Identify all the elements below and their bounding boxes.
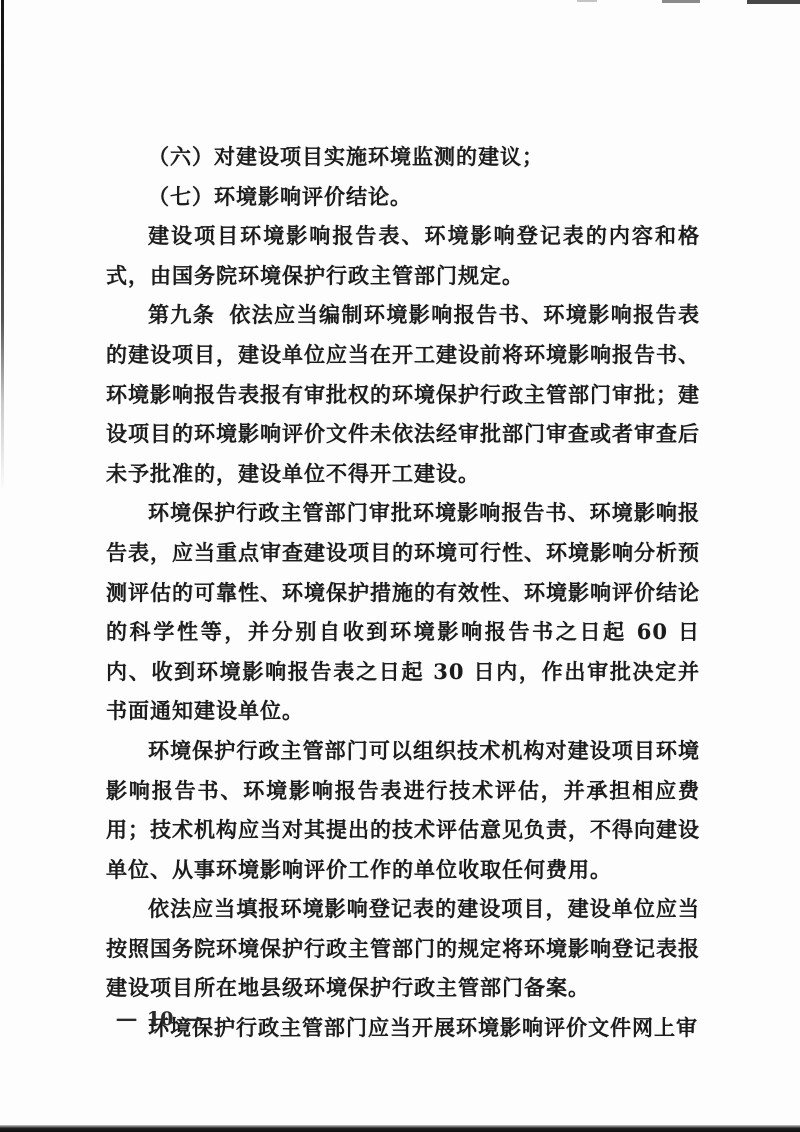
page-number-dash-left: — <box>116 1008 138 1030</box>
paragraph-report-form-format: 建设项目环境影响报告表、环境影响登记表的内容和格式，由国务院环境保护行政主管部门… <box>106 216 700 295</box>
page-number: — 10 — <box>117 1008 203 1030</box>
page-number-value: 10 <box>147 1008 173 1030</box>
scanned-document-page: （六）对建设项目实施环境监测的建议； （七）环境影响评价结论。 建设项目环境影响… <box>0 0 800 1132</box>
scan-artifact-top-2 <box>662 0 700 3</box>
list-item-6: （六）对建设项目实施环境监测的建议； <box>106 137 700 177</box>
paragraph-approval-review: 环境保护行政主管部门审批环境影响报告书、环境影响报告表，应当重点审查建设项目的环… <box>106 493 700 731</box>
page-number-dash-right: — <box>183 1008 205 1030</box>
paragraph-article-9: 第九条依法应当编制环境影响报告书、环境影响报告表的建设项目，建设单位应当在开工建… <box>106 295 700 493</box>
list-item-7: （七）环境影响评价结论。 <box>106 177 700 217</box>
article-9-text: 依法应当编制环境影响报告书、环境影响报告表的建设项目，建设单位应当在开工建设前将… <box>106 302 700 485</box>
scan-artifact-top-1 <box>577 0 597 2</box>
document-body: （六）对建设项目实施环境监测的建议； （七）环境影响评价结论。 建设项目环境影响… <box>106 137 700 1048</box>
scan-edge-artifact-left <box>1 0 4 492</box>
paragraph-technical-evaluation: 环境保护行政主管部门可以组织技术机构对建设项目环境影响报告书、环境影响报告表进行… <box>106 731 700 889</box>
paragraph-registration-form-filing: 依法应当填报环境影响登记表的建设项目，建设单位应当按照国务院环境保护行政主管部门… <box>106 889 700 1008</box>
article-number-label: 第九条 <box>148 302 215 327</box>
scan-edge-artifact-bottom <box>0 1125 800 1132</box>
scan-artifact-top-3 <box>747 0 800 4</box>
